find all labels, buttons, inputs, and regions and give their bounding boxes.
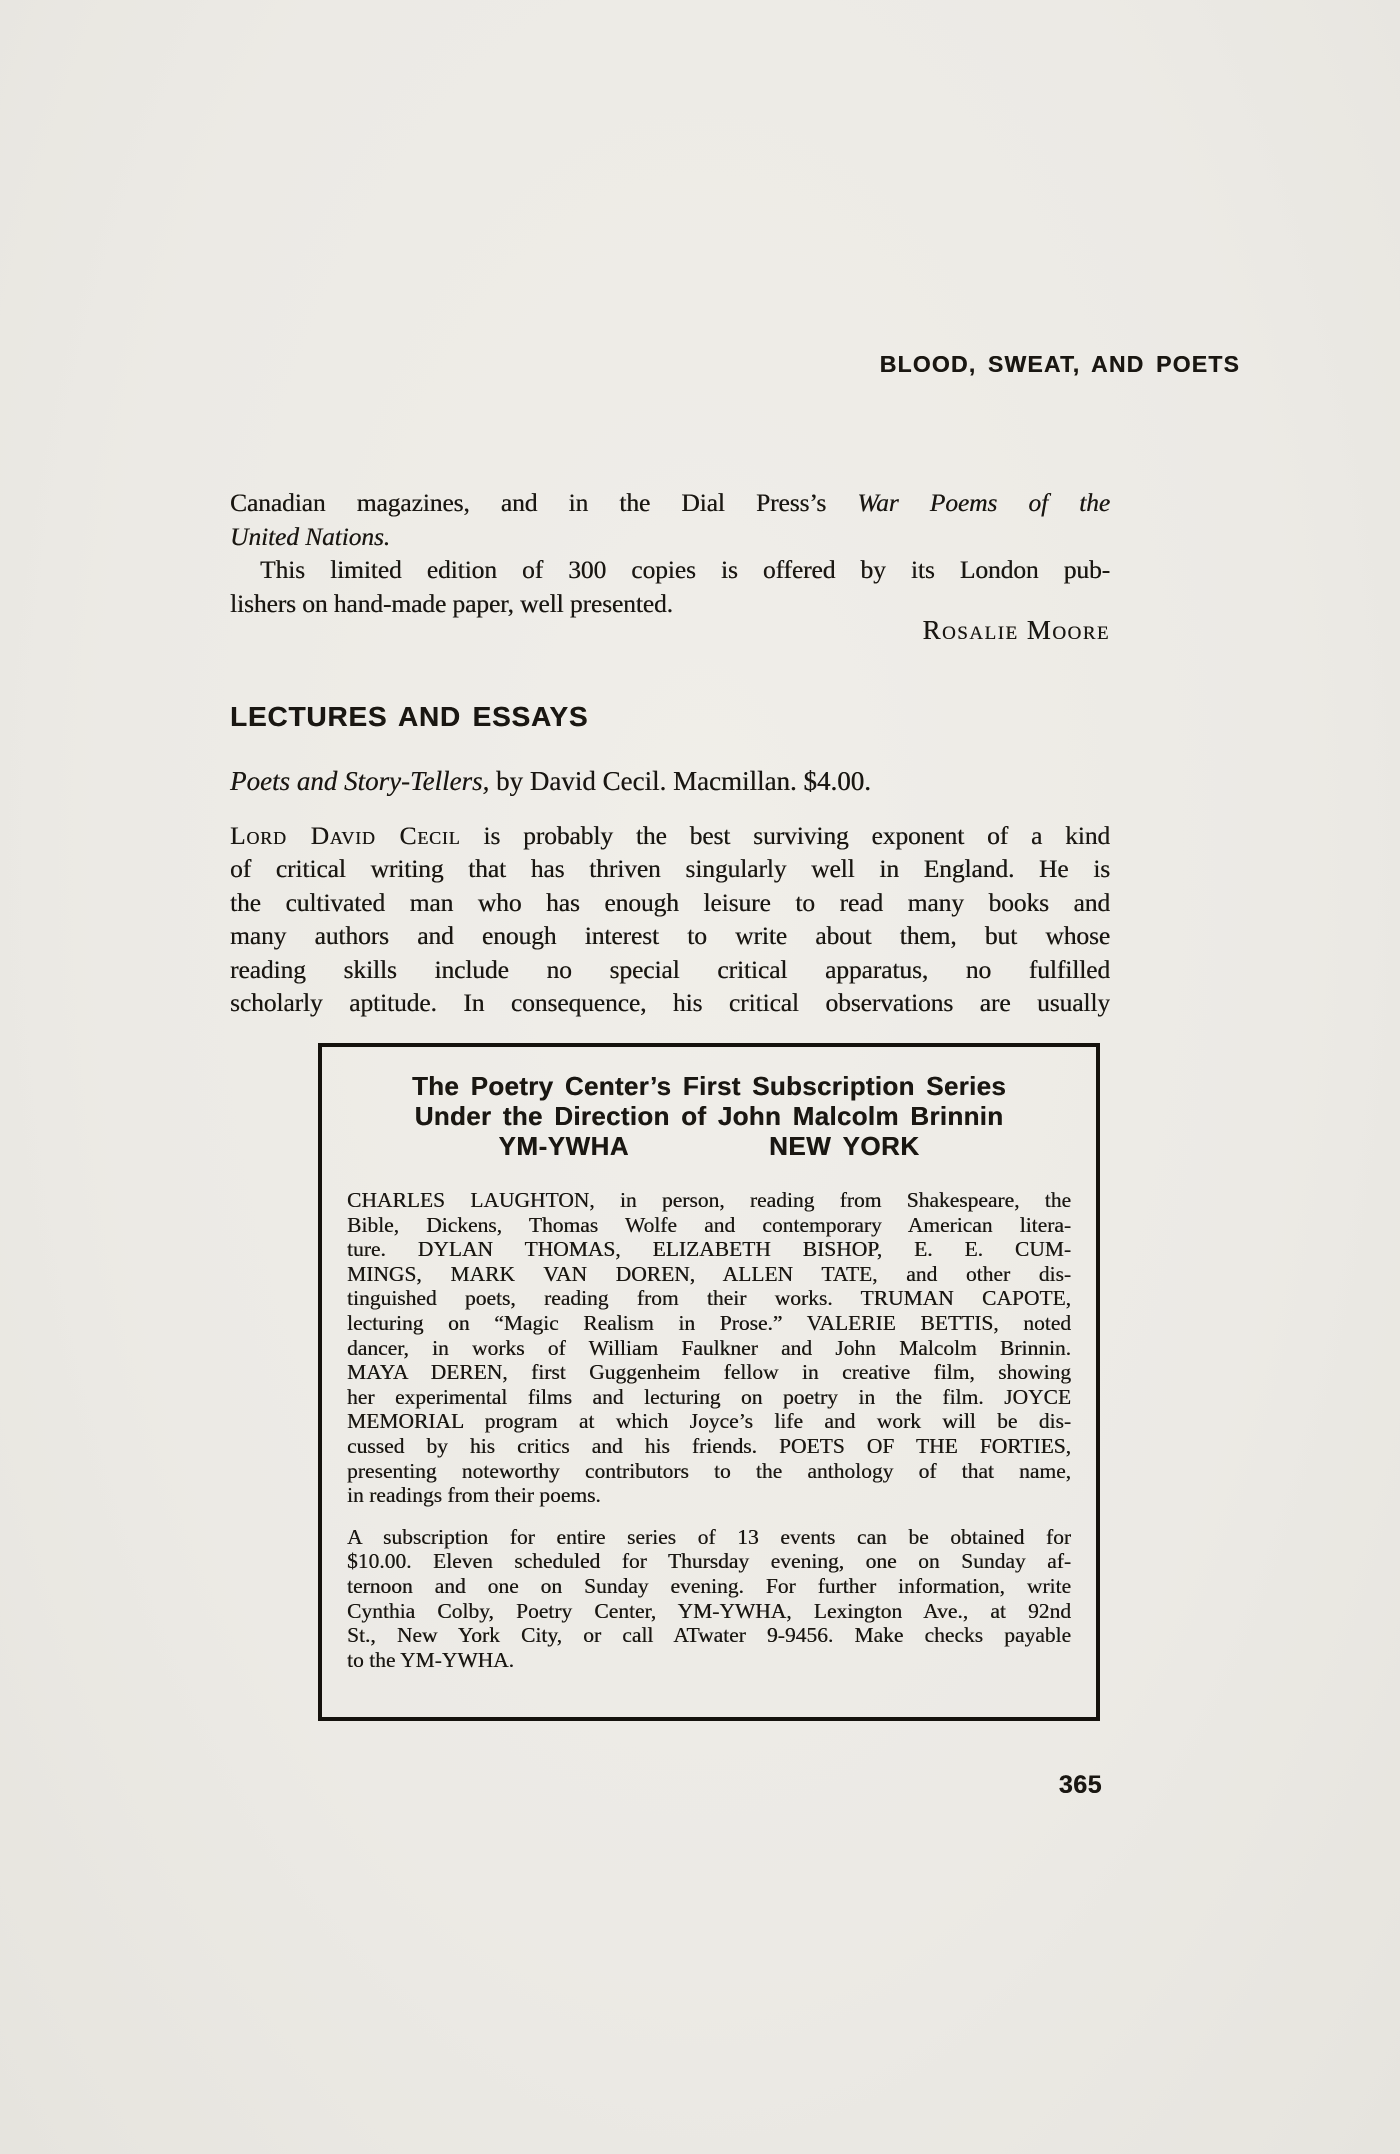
cecil-review-paragraph: Lord David Cecil is probably the best su… <box>230 819 1110 1019</box>
book-title: Poets and Story-Tellers, <box>230 766 489 796</box>
paragraph-line: Lord David Cecil is probably the best su… <box>230 819 1110 852</box>
section-heading: LECTURES AND ESSAYS <box>230 701 588 733</box>
text-roman: is probably the best surviving exponent … <box>483 821 1110 850</box>
paragraph-line: of critical writing that has thriven sin… <box>230 852 1110 885</box>
ad-line: Cynthia Colby, Poetry Center, YM-YWHA, L… <box>347 1599 1071 1624</box>
ad-line: lecturing on “Magic Realism in Prose.” V… <box>347 1311 1071 1336</box>
paragraph-line: the cultivated man who has enough leisur… <box>230 886 1110 919</box>
reviewer-byline: Rosalie Moore <box>230 615 1110 646</box>
poetry-center-ad-box: The Poetry Center’s First Subscription S… <box>318 1043 1100 1721</box>
text-roman: Canadian magazines, and in the Dial Pres… <box>230 488 826 517</box>
paragraph-line: United Nations. <box>230 520 1110 554</box>
ad-line: cussed by his critics and his friends. P… <box>347 1434 1071 1459</box>
ad-line: St., New York City, or call ATwater 9-94… <box>347 1623 1071 1648</box>
ad-line: ture. DYLAN THOMAS, ELIZABETH BISHOP, E.… <box>347 1237 1071 1262</box>
running-header: BLOOD, SWEAT, AND POETS <box>230 351 1240 378</box>
ad-line: ternoon and one on Sunday evening. For f… <box>347 1574 1071 1599</box>
ad-title-line-3: YM-YWHA NEW YORK <box>322 1131 1096 1161</box>
ad-paragraph-1: CHARLES LAUGHTON, in person, reading fro… <box>347 1188 1071 1508</box>
ad-line: A subscription for entire series of 13 e… <box>347 1525 1071 1550</box>
text-italic-title: War Poems of the <box>857 488 1110 517</box>
ad-line: MEMORIAL program at which Joyce’s life a… <box>347 1409 1071 1434</box>
ad-city: NEW YORK <box>769 1131 920 1161</box>
paragraph-line: scholarly aptitude. In consequence, his … <box>230 986 1110 1019</box>
moore-review-end: Canadian magazines, and in the Dial Pres… <box>230 486 1110 620</box>
ad-venue: YM-YWHA <box>498 1131 629 1161</box>
ad-line: Bible, Dickens, Thomas Wolfe and contemp… <box>347 1213 1071 1238</box>
ad-line: presenting noteworthy contributors to th… <box>347 1459 1071 1484</box>
ad-title-line-1: The Poetry Center’s First Subscription S… <box>322 1071 1096 1101</box>
ad-line: CHARLES LAUGHTON, in person, reading fro… <box>347 1188 1071 1213</box>
ad-line: MINGS, MARK VAN DOREN, ALLEN TATE, and o… <box>347 1262 1071 1287</box>
paragraph-line: reading skills include no special critic… <box>230 953 1110 986</box>
ad-line: $10.00. Eleven scheduled for Thursday ev… <box>347 1549 1071 1574</box>
ad-line: MAYA DEREN, first Guggenheim fellow in c… <box>347 1360 1071 1385</box>
book-details: by David Cecil. Macmillan. $4.00. <box>496 766 871 796</box>
paragraph-line: Canadian magazines, and in the Dial Pres… <box>230 486 1110 520</box>
ad-line: to the YM-YWHA. <box>347 1648 1071 1673</box>
ad-line: her experimental films and lecturing on … <box>347 1385 1071 1410</box>
ad-paragraph-2: A subscription for entire series of 13 e… <box>347 1525 1071 1673</box>
paragraph-line: many authors and enough interest to writ… <box>230 919 1110 952</box>
lead-small-caps: Lord David Cecil <box>230 821 460 850</box>
ad-line: tinguished poets, reading from their wor… <box>347 1286 1071 1311</box>
book-citation: Poets and Story-Tellers, by David Cecil.… <box>230 766 1110 797</box>
scanned-book-page: BLOOD, SWEAT, AND POETS Canadian magazin… <box>0 0 1400 2154</box>
page-number: 365 <box>230 1771 1102 1800</box>
paragraph-line: This limited edition of 300 copies is of… <box>230 553 1110 587</box>
ad-title-line-2: Under the Direction of John Malcolm Brin… <box>322 1101 1096 1131</box>
ad-line: dancer, in works of William Faulkner and… <box>347 1336 1071 1361</box>
ad-line: in readings from their poems. <box>347 1483 1071 1508</box>
